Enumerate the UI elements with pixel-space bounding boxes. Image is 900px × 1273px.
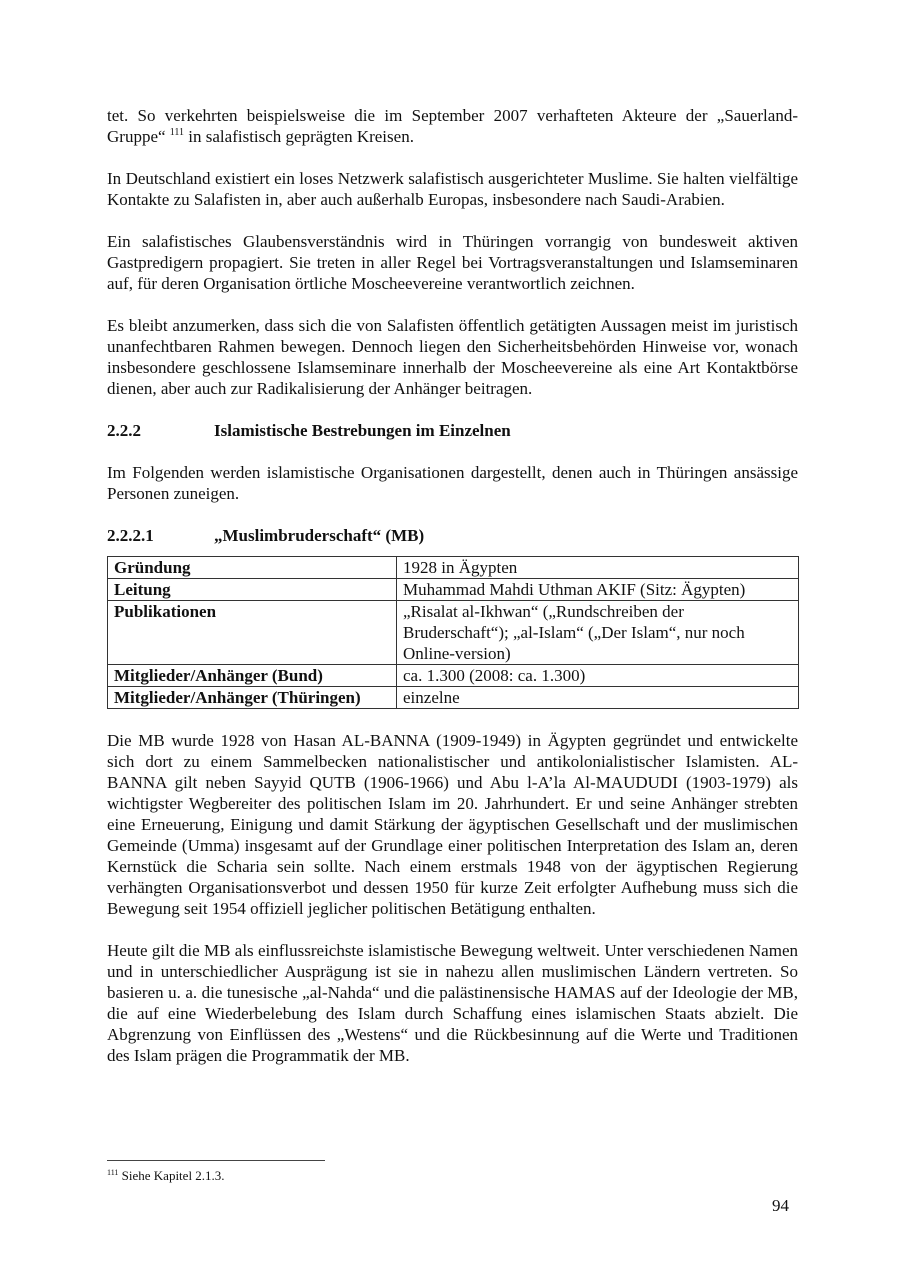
section-heading-2-2-2: 2.2.2 Islamistische Bestrebungen im Einz… xyxy=(107,420,798,441)
page-number: 94 xyxy=(772,1196,789,1216)
table-row: LeitungMuhammad Mahdi Uthman AKIF (Sitz:… xyxy=(108,579,799,601)
table-key: Mitglieder/Anhänger (Thüringen) xyxy=(108,687,397,709)
table-row: Gründung1928 in Ägypten xyxy=(108,557,799,579)
organization-info-table: Gründung1928 in ÄgyptenLeitungMuhammad M… xyxy=(107,556,799,709)
paragraph-history: Die MB wurde 1928 von Hasan AL-BANNA (19… xyxy=(107,730,798,919)
table-row: Mitglieder/Anhänger (Thüringen)einzelne xyxy=(108,687,799,709)
section-title: „Muslimbruderschaft“ (MB) xyxy=(214,525,424,546)
section-heading-2-2-2-1: 2.2.2.1 „Muslimbruderschaft“ (MB) xyxy=(107,525,798,546)
table-row: Mitglieder/Anhänger (Bund)ca. 1.300 (200… xyxy=(108,665,799,687)
table-value: einzelne xyxy=(397,687,799,709)
footnote: 111 Siehe Kapitel 2.1.3. xyxy=(107,1168,225,1184)
paragraph-preachers: Ein salafistisches Glaubensverständnis w… xyxy=(107,231,798,294)
footnote-divider xyxy=(107,1160,325,1161)
table-value: „Risalat al-Ikhwan“ („Rundschreiben der … xyxy=(397,601,799,665)
table-row: Publikationen„Risalat al-Ikhwan“ („Runds… xyxy=(108,601,799,665)
table-key: Leitung xyxy=(108,579,397,601)
table-key: Mitglieder/Anhänger (Bund) xyxy=(108,665,397,687)
paragraph-network: In Deutschland existiert ein loses Netzw… xyxy=(107,168,798,210)
section-number: 2.2.2.1 xyxy=(107,525,214,546)
paragraph-statements: Es bleibt anzumerken, dass sich die von … xyxy=(107,315,798,399)
table-key: Gründung xyxy=(108,557,397,579)
paragraph-sauerland: tet. So verkehrten beispielsweise die im… xyxy=(107,105,798,147)
table-value: Muhammad Mahdi Uthman AKIF (Sitz: Ägypte… xyxy=(397,579,799,601)
paragraph-text: in salafistisch geprägten Kreisen. xyxy=(184,127,414,146)
section-title: Islamistische Bestrebungen im Einzelnen xyxy=(214,420,511,441)
footnote-reference[interactable]: 111 xyxy=(170,127,184,138)
paragraph-intro: Im Folgenden werden islamistische Organi… xyxy=(107,462,798,504)
footnote-number: 111 xyxy=(107,1168,118,1177)
page-body: tet. So verkehrten beispielsweise die im… xyxy=(107,105,798,1066)
table-value: 1928 in Ägypten xyxy=(397,557,799,579)
section-number: 2.2.2 xyxy=(107,420,214,441)
table-value: ca. 1.300 (2008: ca. 1.300) xyxy=(397,665,799,687)
paragraph-today: Heute gilt die MB als einflussreichste i… xyxy=(107,940,798,1066)
footnote-text: Siehe Kapitel 2.1.3. xyxy=(118,1168,224,1183)
table-key: Publikationen xyxy=(108,601,397,665)
